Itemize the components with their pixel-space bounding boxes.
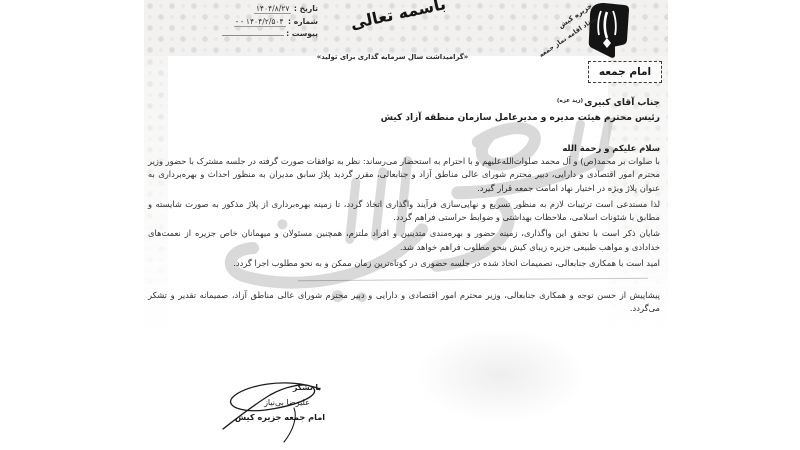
number-row: شماره : ۱۴۰۴/۲/۵۰۴ - - — [148, 16, 318, 29]
paragraph-3: شایان ذکر است با تحقق این واگذاری، زمینه… — [148, 227, 660, 254]
recipient-name-line: جناب آقای کبیری(زید عزه) — [240, 98, 660, 108]
paragraph-4: امید است با همکاری جنابعالی، تصمیمات اتخ… — [148, 257, 660, 270]
salutation: سلام علیکم و رحمة الله — [562, 143, 660, 153]
letter-page: تاریخ : ۱۴۰۴/۸/۲۷ شماره : ۱۴۰۴/۲/۵۰۴ - -… — [138, 0, 672, 450]
date-row: تاریخ : ۱۴۰۴/۸/۲۷ — [148, 3, 318, 16]
scanned-letter-photo: تاریخ : ۱۴۰۴/۸/۲۷ شماره : ۱۴۰۴/۲/۵۰۴ - -… — [0, 0, 800, 450]
separator-line — [298, 278, 648, 281]
letter-body: با صلوات بر محمد(ص) و آل محمد صلوات‌الله… — [148, 155, 660, 273]
letterhead-emblem: ستاد اقامه نماز جمعه جزیره کیش — [540, 0, 650, 60]
paragraph-1: با صلوات بر محمد(ص) و آل محمد صلوات‌الله… — [148, 155, 660, 195]
paragraph-2: لذا مستدعی است ترتیبات لازم به منظور تسر… — [148, 198, 660, 225]
recipient-block: جناب آقای کبیری(زید عزه) رئیس محترم هیئت… — [240, 98, 660, 123]
year-slogan: «گرامیداشت سال سرمایه گذاری برای تولید» — [290, 53, 495, 61]
recipient-honorific: (زید عزه) — [557, 98, 583, 104]
attachment-value — [222, 28, 284, 36]
recipient-title: رئیس محترم هیئت مدیره و مدیرعامل سازمان … — [240, 113, 660, 123]
date-value: ۱۴۰۴/۸/۲۷ — [254, 4, 292, 14]
scan-smudge — [416, 328, 586, 423]
date-label: تاریخ : — [294, 4, 318, 13]
attachment-label: پیوست : — [286, 29, 318, 38]
paragraph-5: پیشاپیش از حسن توجه و همکاری جنابعالی، و… — [148, 289, 660, 316]
attachment-row: پیوست : — [148, 28, 318, 41]
imam-jomeh-box: امام جمعه — [588, 61, 662, 83]
recipient-name: جناب آقای کبیری — [584, 98, 660, 108]
number-value: ۱۴۰۴/۲/۵۰۴ - - — [234, 17, 286, 27]
number-label: شماره : — [288, 17, 318, 26]
handwritten-signature — [220, 374, 346, 444]
letter-meta-block: تاریخ : ۱۴۰۴/۸/۲۷ شماره : ۱۴۰۴/۲/۵۰۴ - -… — [148, 3, 318, 41]
